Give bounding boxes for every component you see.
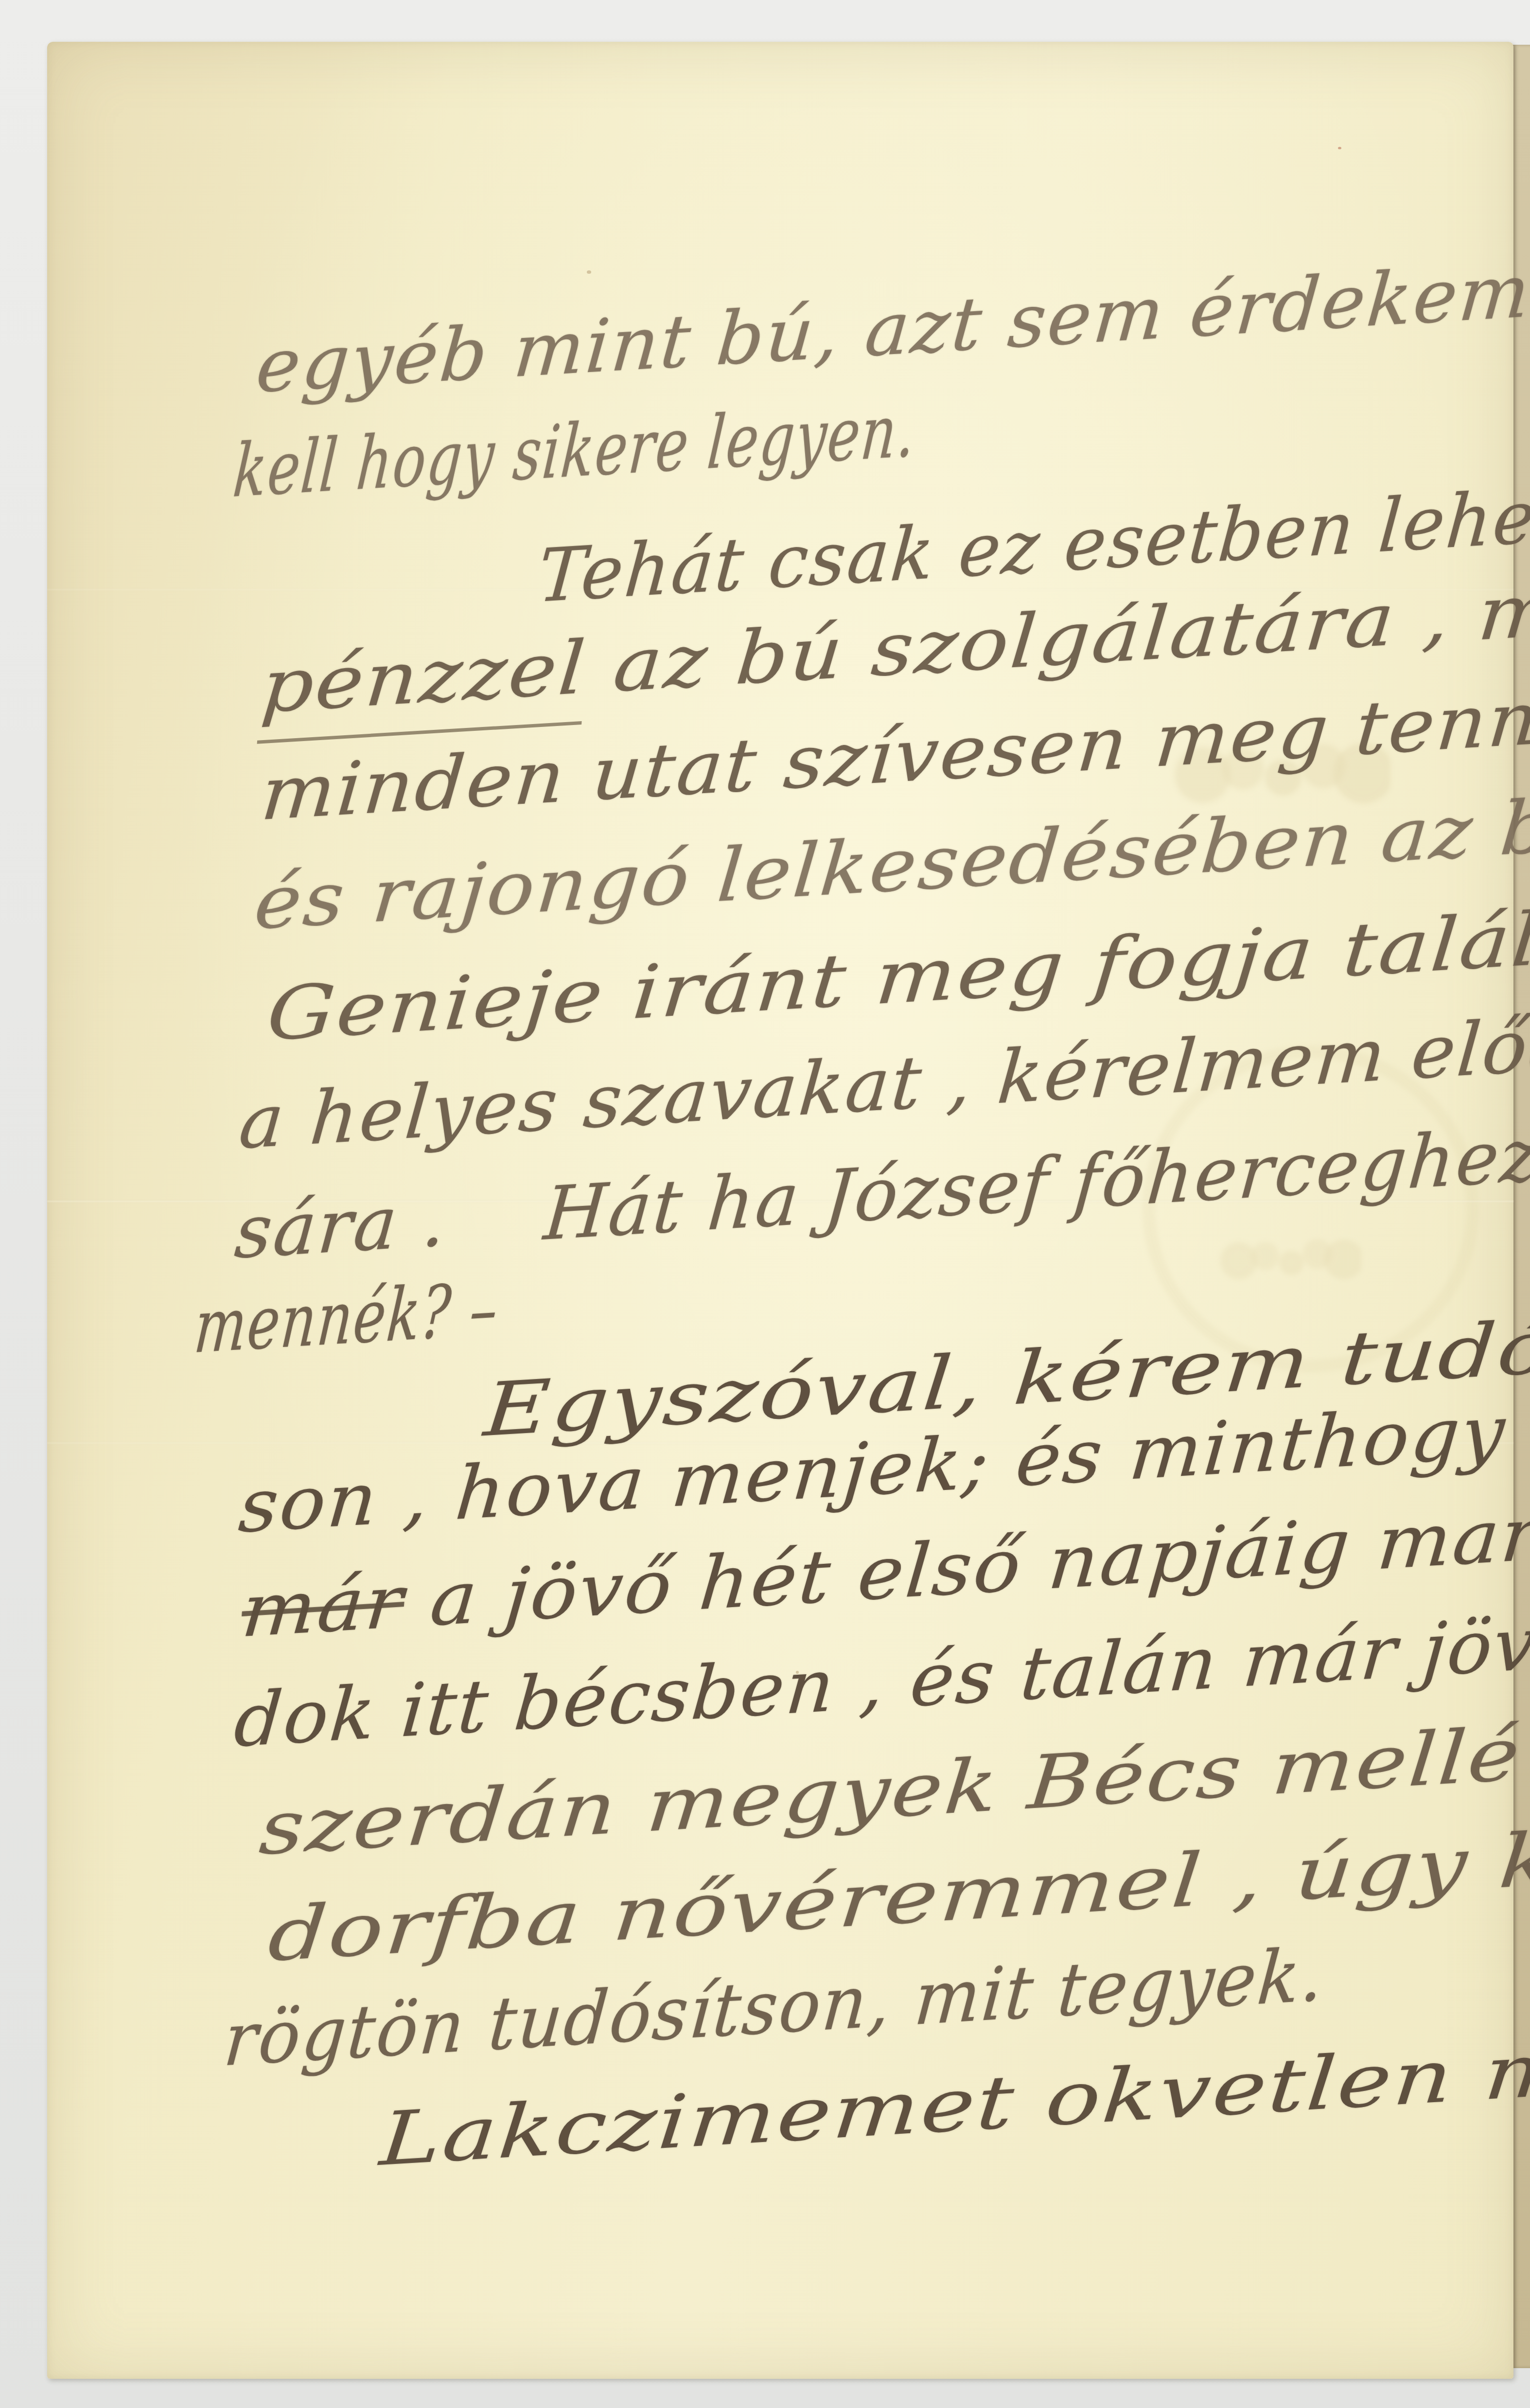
handwriting-text: Lakczimemet okvetlen meg- xyxy=(377,2018,1530,2182)
letter-page: egyéb mint bú, azt sem érdekemben, kell … xyxy=(47,42,1513,2379)
scanner-background: egyéb mint bú, azt sem érdekemben, kell … xyxy=(0,0,1530,2408)
paper-speck xyxy=(1338,147,1341,149)
